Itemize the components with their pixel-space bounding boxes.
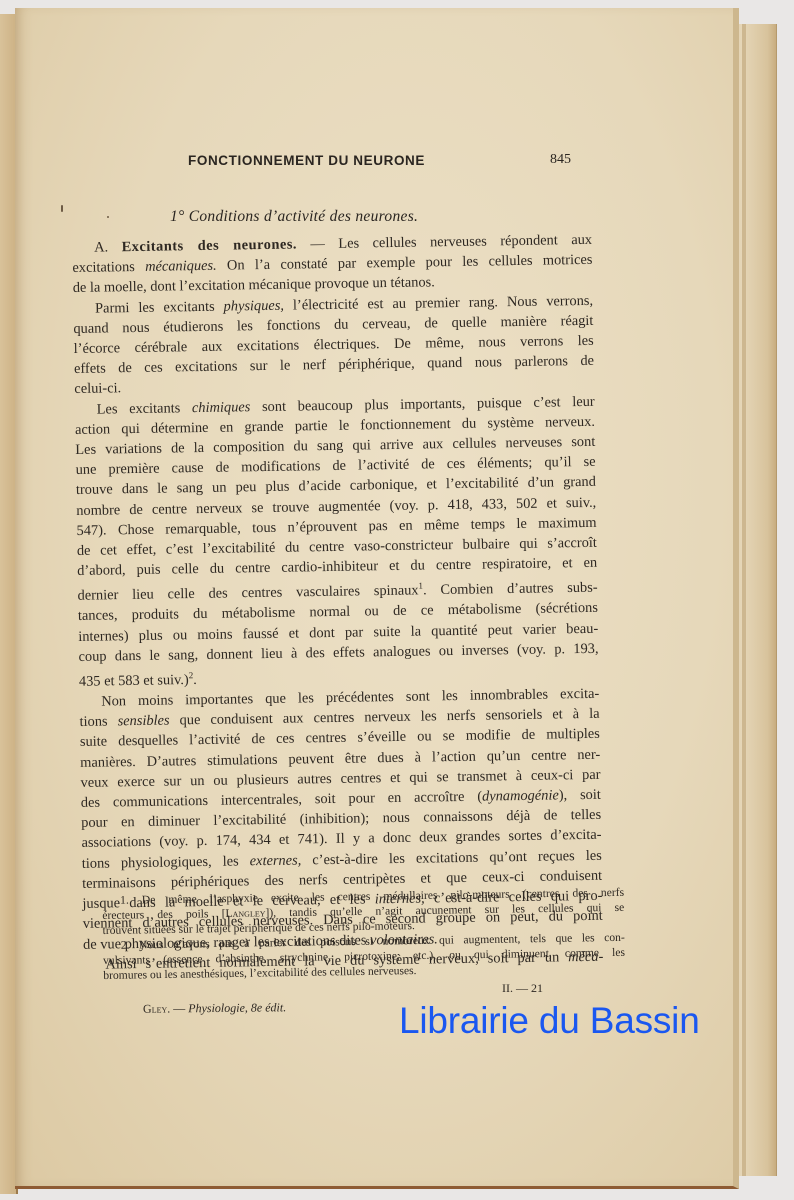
footnote-marker: 1. [120,894,129,907]
text-run: On l’a constaté par exemple pour les cel… [217,252,593,274]
emphasis: externes, [250,852,302,869]
footnotes: 1. De même l’asphyxie excite les centres… [102,885,625,983]
emphasis: sensibles [118,713,170,730]
text-run: érecteurs des poils [ [102,907,225,922]
running-head: FONCTIONNEMENT DU NEURONE [188,153,425,168]
watermark: Librairie du Bassin [399,1000,700,1042]
text-run: ), soit [559,787,601,804]
cited-author: Langley [225,906,265,920]
footnote-marker: 2. [121,939,130,952]
paper-speck [61,205,63,212]
text-run: Parmi les excitants [95,298,224,316]
emphasis: mécaniques. [145,258,217,275]
text-run: tions [79,714,117,731]
page-number: 845 [550,152,571,168]
text-run: — Les cellules nerveuses répondent aux [297,232,592,253]
emphasis: physiques, [223,297,284,314]
text-run: Les excitants [97,400,193,417]
section-title: 1° Conditions d’activité des neurones. [170,208,418,226]
body-text: A. Excitants des neurones. — Les cellule… [72,230,604,975]
paper-speck [107,216,109,218]
text-run: 435 et 583 et suiv.) [79,672,189,690]
text-run: tions physiologiques, les [82,853,250,872]
emphasis: chimiques [192,399,251,416]
text-run: excitations [72,259,145,276]
text-run: l’électricité est au premier rang. Nous … [284,292,593,313]
imprint-title: Physiologie, 8e édit. [188,1000,286,1015]
paragraph-label: A. [94,239,108,255]
imprint-separator: — [170,1001,188,1015]
signature-mark: II. — 21 [502,981,543,996]
imprint-author: Gley. [143,1001,170,1015]
text-run: . Combien d’autres subs- [423,580,598,599]
text-run: c’est-à-dire les excitations qu’ont reçu… [301,847,602,868]
text-run: . [193,672,197,688]
imprint: Gley. — Physiologie, 8e édit. [143,1000,286,1016]
emphasis: dynamogénie [482,788,559,805]
paragraph-heading: Excitants des neurones. [122,236,298,255]
